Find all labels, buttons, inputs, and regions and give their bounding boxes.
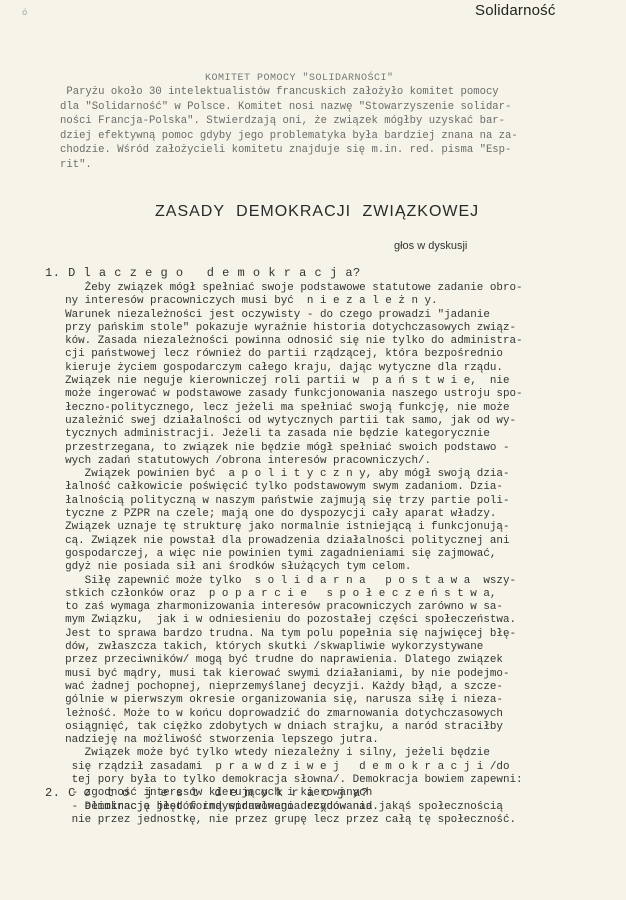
article-title: ZASADY DEMOKRACJI ZWIĄZKOWEJ	[155, 203, 479, 221]
text-line: kieruje życiem gospodarczym całego kraju…	[52, 362, 523, 375]
section-2-heading: 2. C o t o j e s t d e m o k r a c j a?	[45, 786, 368, 800]
text-line: musi być mądry, musi tak kierować swymi …	[52, 668, 523, 681]
text-line: cji państwowej lecz również do partii rz…	[52, 348, 523, 361]
text-line: uzależnić swej działalności od wytycznyc…	[52, 415, 523, 428]
text-line: może ingerować w podstawowe zasady funkc…	[52, 388, 523, 401]
note-line: dziej efektywną pomoc gdyby jego problem…	[60, 129, 518, 144]
text-line: łalnością polityczną w naszym państwie z…	[52, 495, 523, 508]
text-line: wych zadań statutowych /obrona interesów…	[52, 455, 523, 468]
text-line: cą. Związek nie powstał dla prowadzenia …	[52, 535, 523, 548]
text-line: Warunek niezależności jest oczywisty - d…	[52, 309, 523, 322]
text-line: łalność całkowicie poświęcić tylko podst…	[52, 481, 523, 494]
text-line: gdyż nie posiada sił ani środków służący…	[52, 561, 523, 574]
note-body: Paryżu około 30 intelektualistów francus…	[60, 85, 518, 173]
section-1-body: Żeby związek mógł spełniać swoje podstaw…	[52, 282, 523, 814]
text-line: stkich członków oraz p o p a r c i e s p…	[52, 588, 523, 601]
text-line: Demokracja jest formą sprawowania rządów…	[52, 801, 516, 814]
note-line: rit".	[60, 158, 518, 173]
text-line: gospodarczej, a więc nie powinien tymi z…	[52, 548, 523, 561]
text-line: się rządził zasadami p r a w d z i w e j…	[52, 761, 523, 774]
section-1-heading: 1. D l a c z e g o d e m o k r a c j a?	[45, 266, 361, 280]
text-line: przy pańskim stole" pokazuje wyraźnie hi…	[52, 322, 523, 335]
text-line: tyczne z PZPR na czele; mają one do dysp…	[52, 508, 523, 521]
text-line: gólnie w pierwszym okresie organizowania…	[52, 694, 523, 707]
document-page: ó Solidarność KOMITET POMOCY "SOLIDARNOŚ…	[0, 0, 626, 900]
note-line: Paryżu około 30 intelektualistów francus…	[60, 85, 518, 100]
text-line: leżność. Może to w końcu doprowadzić do …	[52, 708, 523, 721]
text-line: przez przeciwników/ mogą być trudne do n…	[52, 654, 523, 667]
solidarnosc-stamp: Solidarność	[475, 2, 556, 19]
text-line: Związek uznaje tę strukturę jako normaln…	[52, 521, 523, 534]
text-line: osiągnięć, tak ciężko zdobytych w dniach…	[52, 721, 523, 734]
text-line: ków. Zasada niezależności powinna odnosi…	[52, 335, 523, 348]
text-line: Związek nie neguje kierowniczej roli par…	[52, 375, 523, 388]
text-line: Siłę zapewnić może tylko s o l i d a r n…	[52, 575, 523, 588]
text-line: dów, zwłaszcza takich, których skutki /s…	[52, 641, 523, 654]
text-line: nadzieję na możliwość stworzenia lepszeg…	[52, 734, 523, 747]
page-mark: ó	[22, 8, 27, 18]
note-line: ności Francja-Polska". Stwierdzają oni, …	[60, 114, 518, 129]
note-line: dla "Solidarność" w Polsce. Komitet nosi…	[60, 100, 518, 115]
text-line: to zaś wymaga zharmonizowania interesów …	[52, 601, 523, 614]
text-line: Jest to sprawa bardzo trudna. Na tym pol…	[52, 628, 523, 641]
text-line: Związek powinien być a p o l i t y c z n…	[52, 468, 523, 481]
text-line: ny interesów pracowniczych musi być n i …	[52, 295, 523, 308]
text-line: wać żadnej pochopnej, nieprzemyślanej de…	[52, 681, 523, 694]
section-2-body: Demokracja jest formą sprawowania rządów…	[52, 801, 516, 828]
text-line: łeczno-politycznego, lecz jeżeli ma speł…	[52, 402, 523, 415]
article-subtitle: głos w dyskusji	[394, 240, 467, 252]
text-line: nie przez jednostkę, nie przez grupę lec…	[52, 814, 516, 827]
text-line: Żeby związek mógł spełniać swoje podstaw…	[52, 282, 523, 295]
text-line: mym Związku, jak i w odniesieniu do pozo…	[52, 614, 523, 627]
note-line: chodzie. Wśród założycieli komitetu znaj…	[60, 143, 518, 158]
text-line: przestrzegana, to związek nie będzie móg…	[52, 442, 523, 455]
note-title: KOMITET POMOCY "SOLIDARNOŚCI"	[205, 73, 394, 84]
text-line: Związek może być tylko wtedy niezależny …	[52, 747, 523, 760]
text-line: tycznych administracji. Jeżeli ta zasada…	[52, 428, 523, 441]
